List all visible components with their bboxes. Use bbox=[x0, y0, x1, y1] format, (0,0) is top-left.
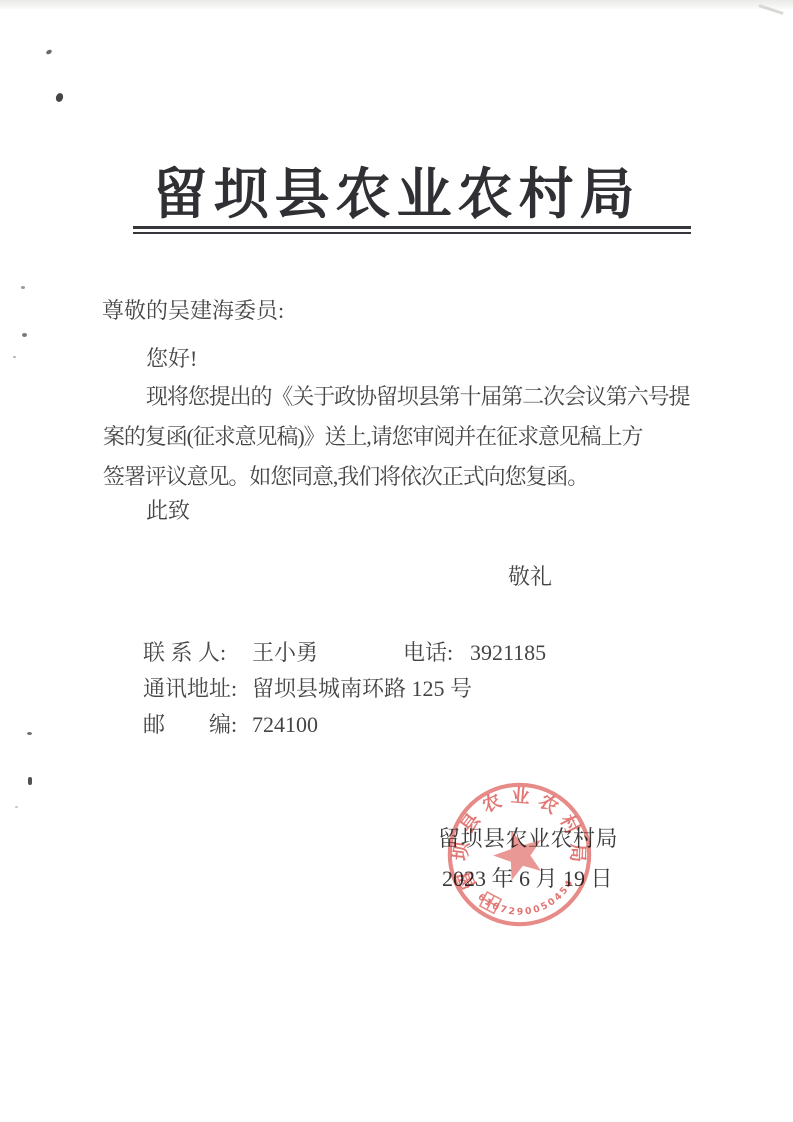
title-double-rule-bottom bbox=[133, 232, 691, 234]
contact-person-name: 王小勇 bbox=[252, 640, 318, 666]
contact-postcode-label: 邮 编: bbox=[143, 712, 237, 738]
body-paragraph-line: 签署评议意见。如您同意,我们将依次正式向您复函。 bbox=[103, 464, 588, 490]
scan-speck bbox=[55, 92, 65, 103]
salutation: 尊敬的吴建海委员: bbox=[102, 298, 284, 324]
scan-speck bbox=[27, 732, 32, 735]
contact-address-label: 通讯地址: bbox=[143, 676, 237, 702]
scan-speck bbox=[13, 356, 16, 358]
scan-edge-artifact bbox=[0, 0, 793, 9]
contact-phone-value: 3921185 bbox=[470, 640, 546, 666]
contact-address-value: 留坝县城南环路 125 号 bbox=[252, 676, 472, 702]
letter-page: 留坝县农业农村局 尊敬的吴建海委员: 您好! 现将您提出的《关于政协留坝县第十届… bbox=[0, 0, 793, 1122]
official-seal: 留坝县农业农村局 6107290050454 bbox=[441, 776, 598, 933]
seal-star-icon bbox=[489, 826, 547, 883]
scan-speck bbox=[21, 286, 25, 289]
body-paragraph-line: 现将您提出的《关于政协留坝县第十届第二次会议第六号提 bbox=[146, 384, 689, 410]
closing-cizhi: 此致 bbox=[146, 498, 190, 524]
scan-speck bbox=[22, 333, 27, 337]
scan-speck bbox=[45, 49, 52, 55]
scan-speck bbox=[28, 777, 32, 785]
greeting: 您好! bbox=[146, 346, 197, 372]
title-double-rule-top bbox=[133, 226, 691, 229]
agency-title: 留坝县农业农村局 bbox=[0, 150, 793, 229]
seal-arc-text: 留坝县农业农村局 bbox=[441, 776, 593, 894]
closing-jingli: 敬礼 bbox=[508, 564, 552, 590]
contact-phone-label: 电话: bbox=[403, 640, 453, 666]
svg-text:留坝县农业农村局: 留坝县农业农村局 bbox=[441, 776, 593, 894]
contact-person-label: 联 系 人: bbox=[143, 640, 226, 666]
contact-postcode-value: 724100 bbox=[252, 712, 318, 738]
body-paragraph-line: 案的复函(征求意见稿)》送上,请您审阅并在征求意见稿上方 bbox=[103, 424, 642, 450]
scan-speck bbox=[15, 806, 18, 808]
